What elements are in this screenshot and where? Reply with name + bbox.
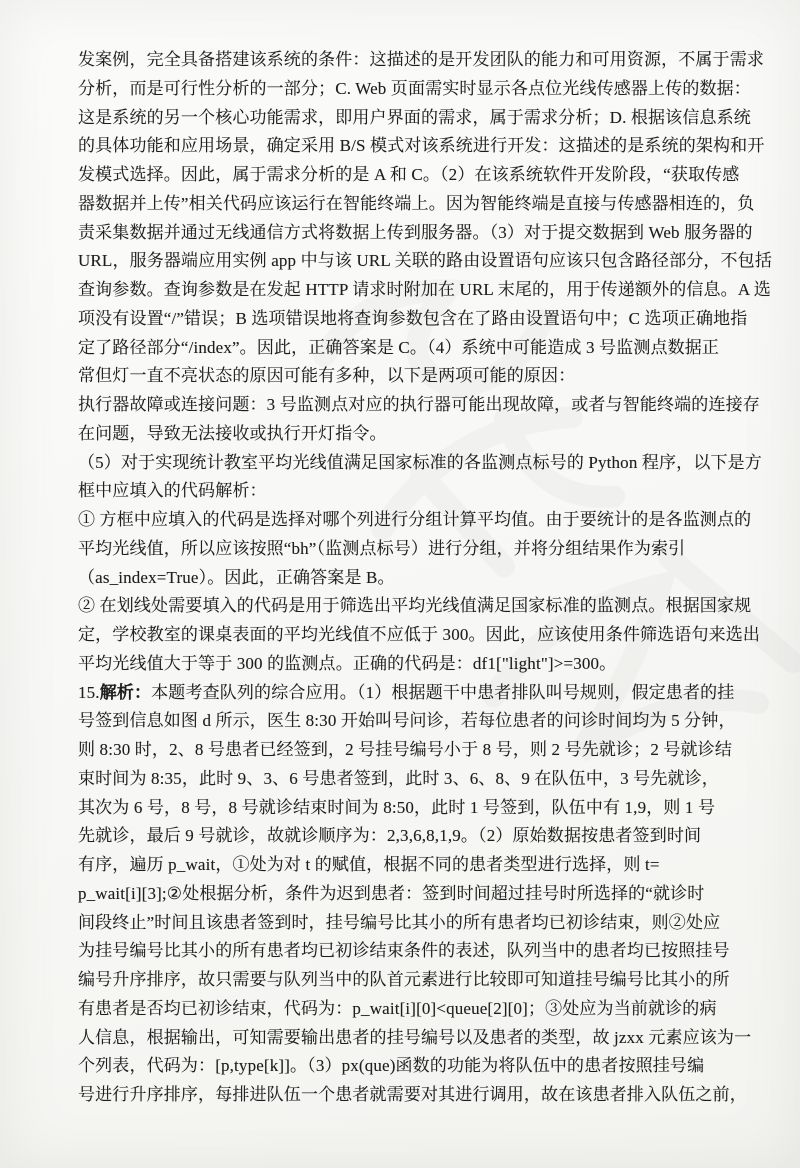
text-segment: ② 在划线处需要填入的代码是用于筛选出平均光线值满足国家标准的监测点。根据国家规 — [78, 596, 751, 615]
text-segment: 框中应填入的代码解析： — [78, 481, 267, 500]
text-segment: 束时间为 8:35，此时 9、3、6 号患者签到，此时 3、6、8、9 在队伍中… — [78, 769, 719, 788]
text-line: 号签到信息如图 d 所示，医生 8:30 开始叫号问诊，若每位患者的问诊时间均为… — [78, 707, 754, 736]
text-line: 编号升序排序，故只需要与队列当中的队首元素进行比较即可知道挂号编号比其小的所 — [78, 966, 754, 995]
text-line: 责采集数据并通过无线通信方式将数据上传到服务器。（3）对于提交数据到 Web 服… — [78, 219, 754, 248]
text-segment: 平均光线值大于等于 300 的监测点。正确的代码是：df1["light"]>=… — [78, 654, 616, 673]
text-segment: 执行器故障或连接问题：3 号监测点对应的执行器可能出现故障，或者与智能终端的连接… — [78, 395, 760, 414]
text-segment: p_wait[i][3];②处根据分析，条件为迟到患者：签到时间超过挂号时所选择… — [78, 884, 704, 903]
text-line: 发案例，完全具备搭建该系统的条件：这描述的是开发团队的能力和可用资源，不属于需求 — [78, 46, 754, 75]
text-line: （as_index=True）。因此，正确答案是 B。 — [78, 564, 754, 593]
text-segment: 本题考查队列的综合应用。（1）根据题干中患者排队叫号规则，假定患者的挂 — [151, 683, 734, 702]
scanned-document-page: 发案例，完全具备搭建该系统的条件：这描述的是开发团队的能力和可用资源，不属于需求… — [0, 0, 800, 1168]
text-segment: （as_index=True）。因此，正确答案是 B。 — [78, 568, 395, 587]
text-line: ① 方框中应填入的代码是选择对哪个列进行分组计算平均值。由于要统计的是各监测点的 — [78, 506, 754, 535]
text-line: 常但灯一直不亮状态的原因可能有多种，以下是两项可能的原因： — [78, 362, 754, 391]
text-segment: 器数据并上传”相关代码应该运行在智能终端上。因为智能终端是直接与传感器相连的，负 — [78, 194, 755, 213]
text-line: 定了路径部分“/index”。因此，正确答案是 C。（4）系统中可能造成 3 号… — [78, 334, 754, 363]
text-segment: 个列表，代码为：[p,type[k]]。（3）px(que)函数的功能为将队伍中… — [78, 1056, 704, 1075]
text-segment: 先就诊，最后 9 号就诊，故就诊顺序为：2,3,6,8,1,9。（2）原始数据按… — [78, 826, 701, 845]
text-segment: 分析，而是可行性分析的一部分；C. Web 页面需实时显示各点位光线传感器上传的… — [78, 79, 751, 98]
text-segment: 发模式选择。因此，属于需求分析的是 A 和 C。（2）在该系统软件开发阶段，“获… — [78, 165, 739, 184]
text-segment: 这是系统的另一个核心功能需求，即用户界面的需求，属于需求分析；D. 根据该信息系… — [78, 108, 751, 127]
text-segment: 查询参数。查询参数是在发起 HTTP 请求时附加在 URL 末尾的，用于传递额外… — [78, 280, 771, 299]
text-line: 15.解析：本题考查队列的综合应用。（1）根据题干中患者排队叫号规则，假定患者的… — [78, 679, 754, 708]
text-segment: 则 8:30 时，2、8 号患者已经签到，2 号挂号编号小于 8 号，则 2 号… — [78, 740, 732, 759]
text-line: 执行器故障或连接问题：3 号监测点对应的执行器可能出现故障，或者与智能终端的连接… — [78, 391, 754, 420]
text-segment: 在问题，导致无法接收或执行开灯指令。 — [78, 424, 387, 443]
text-segment: 平均光线值，所以应该按照“bh”（监测点标号）进行分组，并将分组结果作为索引 — [78, 539, 685, 558]
text-line: p_wait[i][3];②处根据分析，条件为迟到患者：签到时间超过挂号时所选择… — [78, 880, 754, 909]
text-line: 则 8:30 时，2、8 号患者已经签到，2 号挂号编号小于 8 号，则 2 号… — [78, 736, 754, 765]
text-line: 这是系统的另一个核心功能需求，即用户界面的需求，属于需求分析；D. 根据该信息系… — [78, 104, 754, 133]
text-segment: 定，学校教室的课桌表面的平均光线值不应低于 300。因此，应该使用条件筛选语句来… — [78, 625, 760, 644]
text-line: 平均光线值大于等于 300 的监测点。正确的代码是：df1["light"]>=… — [78, 650, 754, 679]
text-line: 个列表，代码为：[p,type[k]]。（3）px(que)函数的功能为将队伍中… — [78, 1052, 754, 1081]
text-segment: 其次为 6 号，8 号，8 号就诊结束时间为 8:50，此时 1 号签到，队伍中… — [78, 798, 715, 817]
text-line: 有序，遍历 p_wait，①处为对 t 的赋值，根据不同的患者类型进行选择，则 … — [78, 851, 754, 880]
text-segment: 的具体功能和应用场景，确定采用 B/S 模式对该系统进行开发：这描述的是系统的架… — [78, 136, 764, 155]
text-line: 先就诊，最后 9 号就诊，故就诊顺序为：2,3,6,8,1,9。（2）原始数据按… — [78, 822, 754, 851]
text-line: 发模式选择。因此，属于需求分析的是 A 和 C。（2）在该系统软件开发阶段，“获… — [78, 161, 754, 190]
text-line: 器数据并上传”相关代码应该运行在智能终端上。因为智能终端是直接与传感器相连的，负 — [78, 190, 754, 219]
text-line: 有患者是否均已初诊结束，代码为：p_wait[i][0]<queue[2][0]… — [78, 995, 754, 1024]
text-segment: 有患者是否均已初诊结束，代码为：p_wait[i][0]<queue[2][0]… — [78, 999, 717, 1018]
text-segment: 号签到信息如图 d 所示，医生 8:30 开始叫号问诊，若每位患者的问诊时间均为… — [78, 711, 736, 730]
text-segment: 责采集数据并通过无线通信方式将数据上传到服务器。（3）对于提交数据到 Web 服… — [78, 223, 753, 242]
text-segment: 常但灯一直不亮状态的原因可能有多种，以下是两项可能的原因： — [78, 366, 575, 385]
text-line: 框中应填入的代码解析： — [78, 477, 754, 506]
text-line: 其次为 6 号，8 号，8 号就诊结束时间为 8:50，此时 1 号签到，队伍中… — [78, 794, 754, 823]
text-line: ② 在划线处需要填入的代码是用于筛选出平均光线值满足国家标准的监测点。根据国家规 — [78, 592, 754, 621]
text-line: 为挂号编号比其小的所有患者均已初诊结束条件的表述，队列当中的患者均已按照挂号 — [78, 937, 754, 966]
text-line: URL，服务器端应用实例 app 中与该 URL 关联的路由设置语句应该只包含路… — [78, 247, 754, 276]
text-line: 查询参数。查询参数是在发起 HTTP 请求时附加在 URL 末尾的，用于传递额外… — [78, 276, 754, 305]
text-segment: 号进行升序排序，每排进队伍一个患者就需要对其进行调用，故在该患者排入队伍之前， — [78, 1085, 747, 1104]
text-segment: 15. — [78, 683, 100, 702]
text-segment: 有序，遍历 p_wait，①处为对 t 的赋值，根据不同的患者类型进行选择，则 … — [78, 855, 660, 874]
text-segment-bold: 解析： — [100, 683, 151, 702]
text-segment: 项没有设置“/”错误；B 选项错误地将查询参数包含在了路由设置语句中；C 选项正… — [78, 309, 747, 328]
document-lines: 发案例，完全具备搭建该系统的条件：这描述的是开发团队的能力和可用资源，不属于需求… — [78, 46, 754, 1110]
text-line: 人信息，根据输出，可知需要输出患者的挂号编号以及患者的类型，故 jzxx 元素应… — [78, 1024, 754, 1053]
text-segment: URL，服务器端应用实例 app 中与该 URL 关联的路由设置语句应该只包含路… — [78, 251, 772, 270]
text-line: 平均光线值，所以应该按照“bh”（监测点标号）进行分组，并将分组结果作为索引 — [78, 535, 754, 564]
text-line: 号进行升序排序，每排进队伍一个患者就需要对其进行调用，故在该患者排入队伍之前， — [78, 1081, 754, 1110]
text-segment: 人信息，根据输出，可知需要输出患者的挂号编号以及患者的类型，故 jzxx 元素应… — [78, 1028, 751, 1047]
text-segment: 编号升序排序，故只需要与队列当中的队首元素进行比较即可知道挂号编号比其小的所 — [78, 970, 730, 989]
text-line: 的具体功能和应用场景，确定采用 B/S 模式对该系统进行开发：这描述的是系统的架… — [78, 132, 754, 161]
text-line: 束时间为 8:35，此时 9、3、6 号患者签到，此时 3、6、8、9 在队伍中… — [78, 765, 754, 794]
text-line: 在问题，导致无法接收或执行开灯指令。 — [78, 420, 754, 449]
text-line: 分析，而是可行性分析的一部分；C. Web 页面需实时显示各点位光线传感器上传的… — [78, 75, 754, 104]
text-segment: 定了路径部分“/index”。因此，正确答案是 C。（4）系统中可能造成 3 号… — [78, 338, 719, 357]
text-line: （5）对于实现统计教室平均光线值满足国家标准的各监测点标号的 Python 程序… — [78, 449, 754, 478]
text-line: 间段终止”时间且该患者签到时，挂号编号比其小的所有患者均已初诊结束，则②处应 — [78, 909, 754, 938]
text-segment: 间段终止”时间且该患者签到时，挂号编号比其小的所有患者均已初诊结束，则②处应 — [78, 913, 720, 932]
text-segment: 发案例，完全具备搭建该系统的条件：这描述的是开发团队的能力和可用资源，不属于需求 — [78, 50, 764, 69]
text-segment: （5）对于实现统计教室平均光线值满足国家标准的各监测点标号的 Python 程序… — [78, 453, 762, 472]
text-line: 定，学校教室的课桌表面的平均光线值不应低于 300。因此，应该使用条件筛选语句来… — [78, 621, 754, 650]
text-segment: ① 方框中应填入的代码是选择对哪个列进行分组计算平均值。由于要统计的是各监测点的 — [78, 510, 751, 529]
text-segment: 为挂号编号比其小的所有患者均已初诊结束条件的表述，队列当中的患者均已按照挂号 — [78, 941, 730, 960]
text-line: 项没有设置“/”错误；B 选项错误地将查询参数包含在了路由设置语句中；C 选项正… — [78, 305, 754, 334]
